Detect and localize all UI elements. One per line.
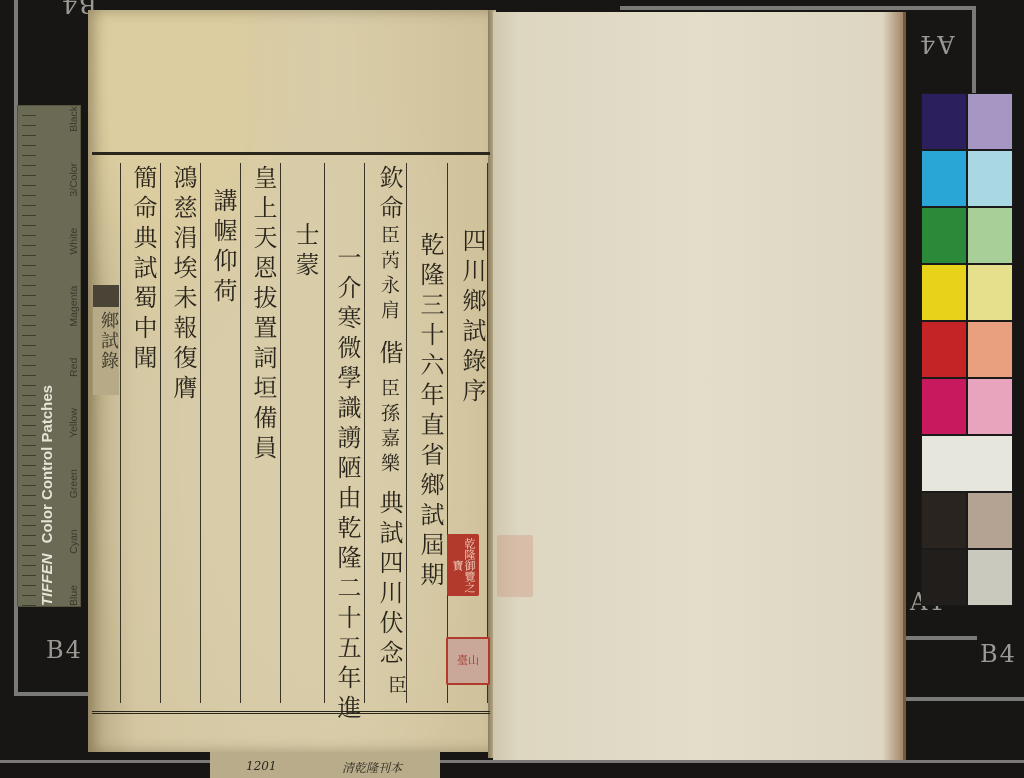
color-patch — [967, 207, 1013, 264]
collector-seal-upper: 乾隆御覽之寶 — [447, 534, 479, 596]
color-control-ruler: TIFFEN Color Control Patches Blue Cyan G… — [17, 105, 81, 607]
color-patch — [967, 378, 1013, 435]
ruler-color-label: Yellow — [68, 408, 81, 438]
text-column-minister: 臣孫嘉樂 — [376, 378, 403, 478]
target-label-top-right: A4 — [918, 30, 955, 58]
frame-line-right-low — [905, 697, 1024, 701]
text-column-title: 四川鄉試錄序 — [455, 228, 490, 408]
color-calibration-chart — [921, 93, 1013, 606]
column-rule — [120, 163, 121, 703]
color-patch — [921, 93, 967, 150]
catalog-slip: 1201 清乾隆刊本 — [210, 752, 440, 778]
chart-row-blue — [921, 93, 1013, 150]
frame-line-right-inner — [905, 636, 977, 640]
ruler-color-label: Cyan — [68, 529, 81, 554]
ruler-color-label: 3/Color — [68, 163, 81, 197]
ruler-color-label: Black — [68, 106, 81, 132]
text-column: 士蒙 — [288, 222, 323, 282]
color-patch — [967, 150, 1013, 207]
text-column: 簡命典試蜀中聞 — [126, 165, 161, 375]
text-column-minister: 臣 — [383, 675, 410, 700]
catalog-number: 1201 — [246, 759, 277, 773]
color-patch — [921, 378, 967, 435]
frame-line-bottom-left — [14, 692, 94, 696]
text-column: 典試四川伏念 — [372, 490, 407, 670]
ruler-color-label: Blue — [68, 585, 81, 606]
column-rule — [324, 163, 325, 703]
text-column: 欽命 — [372, 165, 407, 225]
chart-row-white — [921, 435, 1013, 492]
color-patch — [967, 264, 1013, 321]
chart-row-yellow — [921, 264, 1013, 321]
color-patch — [967, 549, 1013, 606]
color-patch — [921, 321, 967, 378]
color-patch — [921, 492, 967, 549]
text-column: 鴻慈涓埃未報復膺 — [166, 165, 201, 405]
tiffen-brand: TIFFEN — [39, 554, 56, 607]
color-patch — [921, 435, 1013, 492]
book-right-page — [493, 12, 906, 760]
text-column: 講幄仰荷 — [206, 188, 241, 308]
ruler-color-label: Red — [68, 358, 81, 377]
ruler-color-label: Magenta — [68, 286, 81, 327]
offset-seal-ghost — [497, 535, 533, 597]
text-column-minister: 臣芮永肩 — [376, 225, 403, 325]
chart-row-red — [921, 321, 1013, 378]
color-patch — [921, 150, 967, 207]
ruler-color-label: Green — [68, 469, 81, 498]
frame-line-right-vertical — [972, 6, 976, 94]
color-patch — [921, 549, 967, 606]
color-patch — [967, 321, 1013, 378]
target-label-bottom-right: B4 — [980, 640, 1017, 668]
chart-row-3color — [921, 492, 1013, 549]
color-patch — [967, 492, 1013, 549]
color-patch — [921, 207, 967, 264]
color-patch — [967, 93, 1013, 150]
chart-row-green — [921, 207, 1013, 264]
chart-row-magenta — [921, 378, 1013, 435]
collector-seal-lower: 臺山 — [446, 637, 490, 685]
text-column: 乾隆三十六年直省鄉試屆期 — [413, 232, 448, 592]
target-label-bottom-left: B4 — [46, 636, 83, 664]
chart-row-black — [921, 549, 1013, 606]
ruler-title: TIFFEN Color Control Patches — [39, 106, 59, 606]
catalog-note: 清乾隆刊本 — [342, 759, 402, 776]
text-column: 偕 — [372, 340, 407, 370]
color-patch — [921, 264, 967, 321]
ruler-ticks — [22, 106, 36, 606]
ruler-color-labels: Blue Cyan Green Yellow Red Magenta White… — [68, 106, 81, 606]
text-column: 一介寒微學識謭陋由乾隆二十五年進 — [330, 245, 365, 725]
chart-row-cyan — [921, 150, 1013, 207]
frame-line-bottom — [0, 760, 1024, 763]
text-column: 皇上天恩拔置詞垣備員 — [246, 165, 281, 465]
ruler-color-label: White — [68, 228, 81, 255]
ruler-title-text: Color Control Patches — [39, 385, 56, 543]
frame-line-top-right — [620, 6, 976, 10]
